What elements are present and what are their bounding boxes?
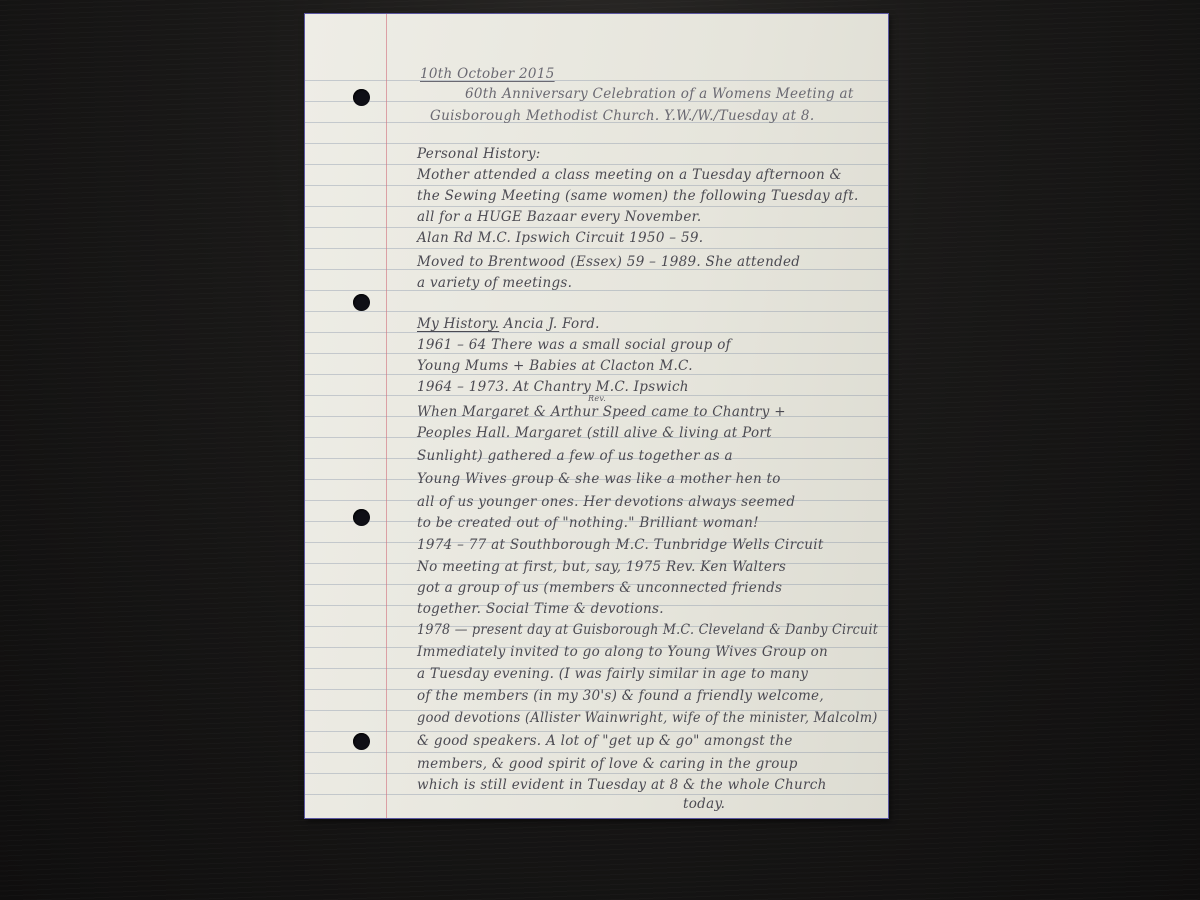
text-line: 1974 – 77 at Southborough M.C. Tunbridge… — [417, 535, 824, 555]
handwritten-content: 10th October 2015 60th Anniversary Celeb… — [305, 14, 888, 818]
author-name: Ancia J. Ford. — [504, 316, 600, 332]
text-line: to be created out of "nothing." Brillian… — [417, 513, 759, 533]
text-line: No meeting at first, but, say, 1975 Rev.… — [417, 557, 786, 577]
section-heading-my-history: My History. Ancia J. Ford. — [417, 314, 600, 334]
text-line: Young Wives group & she was like a mothe… — [417, 469, 781, 489]
text-line: Moved to Brentwood (Essex) 59 – 1989. Sh… — [417, 252, 800, 272]
text-line: all of us younger ones. Her devotions al… — [417, 492, 795, 512]
text-line: a variety of meetings. — [417, 273, 572, 293]
text-line: Sunlight) gathered a few of us together … — [417, 446, 733, 466]
closing-word: today. — [683, 794, 725, 814]
document-title-line-1: 60th Anniversary Celebration of a Womens… — [465, 84, 854, 104]
text-line: 1964 – 1973. At Chantry M.C. Ipswich — [417, 377, 689, 397]
my-history-heading: My History. — [417, 316, 499, 332]
text-line: Young Mums + Babies at Clacton M.C. — [417, 356, 693, 376]
text-line: Peoples Hall. Margaret (still alive & li… — [417, 423, 772, 443]
text-line: Mother attended a class meeting on a Tue… — [417, 165, 842, 185]
text-line: 1961 – 64 There was a small social group… — [417, 335, 731, 355]
text-line: which is still evident in Tuesday at 8 &… — [417, 775, 827, 795]
text-line: a Tuesday evening. (I was fairly similar… — [417, 664, 808, 684]
text-line: When Margaret & Arthur Speed came to Cha… — [417, 402, 786, 422]
text-line: members, & good spirit of love & caring … — [417, 754, 798, 774]
lined-paper-sheet: 10th October 2015 60th Anniversary Celeb… — [305, 14, 888, 818]
text-line: 1978 — present day at Guisborough M.C. C… — [417, 620, 878, 640]
document-date: 10th October 2015 — [420, 64, 555, 84]
section-heading-personal-history: Personal History: — [417, 144, 541, 164]
text-line: good devotions (Allister Wainwright, wif… — [417, 708, 878, 728]
document-title-line-2: Guisborough Methodist Church. Y.W./W./Tu… — [430, 106, 814, 126]
text-line: Immediately invited to go along to Young… — [417, 642, 828, 662]
text-line: & good speakers. A lot of "get up & go" … — [417, 731, 793, 751]
text-line: the Sewing Meeting (same women) the foll… — [417, 186, 859, 206]
text-line: all for a HUGE Bazaar every November. — [417, 207, 702, 227]
text-line: Alan Rd M.C. Ipswich Circuit 1950 – 59. — [417, 228, 703, 248]
text-line: together. Social Time & devotions. — [417, 599, 664, 619]
text-line: got a group of us (members & unconnected… — [417, 578, 782, 598]
text-line: of the members (in my 30's) & found a fr… — [417, 686, 824, 706]
